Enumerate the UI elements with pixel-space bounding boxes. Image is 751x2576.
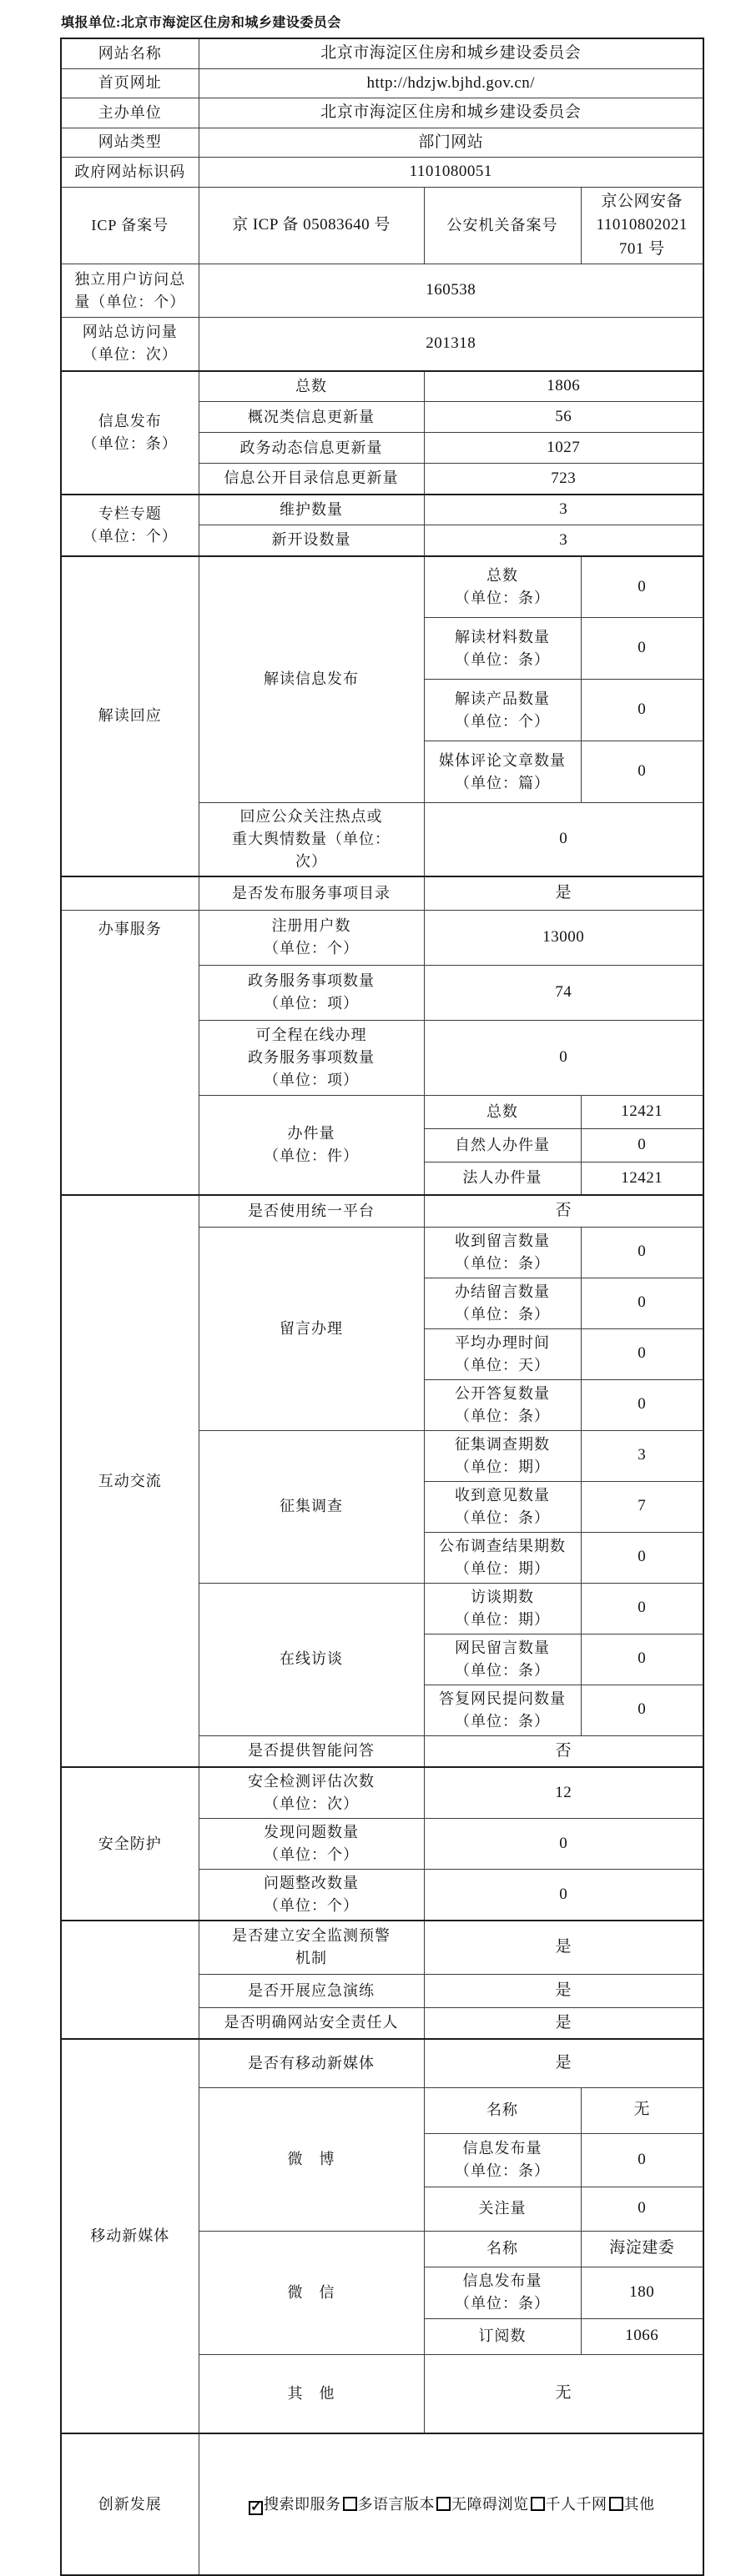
field-label-cell: 总数 [424, 1095, 581, 1128]
value-cell: 0 [581, 1634, 703, 1685]
table-row: 移动新媒体是否有移动新媒体是 [61, 2039, 703, 2087]
section-label-cell: 创新发展 [61, 2433, 199, 2575]
value-cell: 无 [424, 2354, 703, 2433]
value-cell: 3 [424, 525, 703, 556]
table-row: 独立用户访问总 量（单位：个）160538 [61, 264, 703, 318]
field-label-cell: 独立用户访问总 量（单位：个） [61, 264, 199, 318]
table-row: 创新发展✓搜索即服务多语言版本无障碍浏览千人千网其他 [61, 2433, 703, 2575]
checkbox-label: 其他 [624, 2496, 655, 2513]
checkbox-label: 搜索即服务 [264, 2496, 341, 2513]
value-cell: 0 [424, 1020, 703, 1095]
section-label-cell: 移动新媒体 [61, 2039, 199, 2433]
field-label-cell: 网站类型 [61, 128, 199, 158]
section-label-cell: 信息发布 （单位：条） [61, 371, 199, 495]
value-cell: 0 [581, 618, 703, 680]
field-label-cell: 回应公众关注热点或 重大舆情数量（单位： 次） [199, 803, 424, 877]
value-cell: 160538 [199, 264, 703, 318]
table-row: 政府网站标识码1101080051 [61, 158, 703, 188]
value-cell: 0 [581, 556, 703, 618]
table-row: 网站总访问量 （单位：次）201318 [61, 318, 703, 371]
value-cell: 13000 [424, 910, 703, 965]
field-label-cell: 媒体评论文章数量 （单位：篇） [424, 741, 581, 803]
field-label-cell: 公布调查结果期数 （单位：期） [424, 1532, 581, 1583]
value-cell: 是 [424, 876, 703, 910]
checkbox-unchecked-icon [531, 2497, 545, 2511]
value-cell: 7 [581, 1481, 703, 1532]
table-row: 主办单位北京市海淀区住房和城乡建设委员会 [61, 98, 703, 128]
value-cell: 0 [424, 1870, 703, 1921]
field-label-cell: 微 博 [199, 2087, 424, 2231]
field-label-cell: 答复网民提问数量 （单位：条） [424, 1685, 581, 1735]
value-cell: 无 [581, 2087, 703, 2133]
section-label-cell: 互动交流 [61, 1195, 199, 1767]
checkbox-checked-icon: ✓ [249, 2501, 263, 2515]
field-label-cell: 政务动态信息更新量 [199, 433, 424, 464]
field-label-cell: 注册用户数 （单位：个） [199, 910, 424, 965]
value-cell: 北京市海淀区住房和城乡建设委员会 [199, 98, 703, 128]
value-cell: 0 [581, 1128, 703, 1162]
field-label-cell: 政府网站标识码 [61, 158, 199, 188]
field-label-cell: 留言办理 [199, 1227, 424, 1430]
table-row: 是否发布服务事项目录是 [61, 876, 703, 910]
value-cell: 74 [424, 965, 703, 1020]
empty-cell [61, 876, 199, 910]
field-label-cell: 网站总访问量 （单位：次） [61, 318, 199, 371]
field-label-cell: 自然人办件量 [424, 1128, 581, 1162]
field-label-cell: 订阅数 [424, 2318, 581, 2354]
value-cell: 是 [424, 2007, 703, 2039]
value-cell: 0 [581, 1328, 703, 1379]
value-cell: 0 [581, 680, 703, 741]
field-label-cell: 解读信息发布 [199, 556, 424, 803]
field-label-cell: 微 信 [199, 2231, 424, 2354]
value-cell: 0 [581, 1278, 703, 1328]
field-label-cell: 名称 [424, 2231, 581, 2267]
field-label-cell: 是否提供智能问答 [199, 1735, 424, 1767]
value-cell: 1101080051 [199, 158, 703, 188]
table-row: 信息发布 （单位：条）总数1806 [61, 371, 703, 402]
table-row: 专栏专题 （单位：个）维护数量3 [61, 495, 703, 525]
value-cell: 是 [424, 1921, 703, 1974]
value-cell: 京 ICP 备 05083640 号 [199, 187, 424, 264]
field-label-cell: 访谈期数 （单位：期） [424, 1583, 581, 1634]
table-row: 解读回应解读信息发布总数 （单位：条）0 [61, 556, 703, 618]
value-cell: 京公网安备 11010802021 701 号 [581, 187, 703, 264]
field-label-cell: 概况类信息更新量 [199, 402, 424, 433]
value-cell: 0 [581, 1583, 703, 1634]
field-label-cell: 其 他 [199, 2354, 424, 2433]
report-table-body: 网站名称北京市海淀区住房和城乡建设委员会首页网址http://hdzjw.bjh… [61, 38, 703, 2575]
value-cell: 否 [424, 1195, 703, 1227]
value-cell: 180 [581, 2267, 703, 2318]
field-label-cell: 信息公开目录信息更新量 [199, 464, 424, 495]
field-label-cell: 可全程在线办理 政务服务事项数量 （单位：项） [199, 1020, 424, 1095]
field-label-cell: 网民留言数量 （单位：条） [424, 1634, 581, 1685]
field-label-cell: 解读产品数量 （单位：个） [424, 680, 581, 741]
field-label-cell: 发现问题数量 （单位：个） [199, 1819, 424, 1870]
field-label-cell: 收到留言数量 （单位：条） [424, 1227, 581, 1278]
value-cell: 0 [581, 2187, 703, 2231]
table-row: 网站名称北京市海淀区住房和城乡建设委员会 [61, 38, 703, 68]
checkbox-unchecked-icon [343, 2497, 357, 2511]
field-label-cell: 在线访谈 [199, 1583, 424, 1735]
field-label-cell: 信息发布量 （单位：条） [424, 2133, 581, 2187]
field-label-cell: 名称 [424, 2087, 581, 2133]
table-row: 是否建立安全监测预警 机制是 [61, 1921, 703, 1974]
field-label-cell: ICP 备案号 [61, 187, 199, 264]
value-cell: 3 [424, 495, 703, 525]
field-label-cell: 是否发布服务事项目录 [199, 876, 424, 910]
field-label-cell: 公开答复数量 （单位：条） [424, 1379, 581, 1430]
value-cell: 56 [424, 402, 703, 433]
field-label-cell: 是否有移动新媒体 [199, 2039, 424, 2087]
value-cell: 部门网站 [199, 128, 703, 158]
field-label-cell: 问题整改数量 （单位：个） [199, 1870, 424, 1921]
field-label-cell: 主办单位 [61, 98, 199, 128]
checkbox-label: 无障碍浏览 [451, 2496, 529, 2513]
value-cell: 1027 [424, 433, 703, 464]
field-label-cell: 安全检测评估次数 （单位：次） [199, 1767, 424, 1819]
field-label-cell: 收到意见数量 （单位：条） [424, 1481, 581, 1532]
checkbox-label: 千人千网 [546, 2496, 607, 2513]
value-cell: 0 [424, 1819, 703, 1870]
value-cell: 12421 [581, 1162, 703, 1195]
value-cell: 1066 [581, 2318, 703, 2354]
field-label-cell: 是否开展应急演练 [199, 1974, 424, 2007]
report-table: 网站名称北京市海淀区住房和城乡建设委员会首页网址http://hdzjw.bjh… [60, 38, 704, 2576]
table-row: 办事服务注册用户数 （单位：个）13000 [61, 910, 703, 965]
value-cell: 0 [581, 1379, 703, 1430]
checkbox-unchecked-icon [609, 2497, 623, 2511]
value-cell: 0 [581, 741, 703, 803]
page-title: 填报单位:北京市海淀区住房和城乡建设委员会 [61, 12, 751, 31]
field-label-cell: 政务服务事项数量 （单位：项） [199, 965, 424, 1020]
field-label-cell: 法人办件量 [424, 1162, 581, 1195]
table-row: 安全防护安全检测评估次数 （单位：次）12 [61, 1767, 703, 1819]
table-row: 互动交流是否使用统一平台否 [61, 1195, 703, 1227]
field-label-cell: 办结留言数量 （单位：条） [424, 1278, 581, 1328]
report-page: 填报单位:北京市海淀区住房和城乡建设委员会 网站名称北京市海淀区住房和城乡建设委… [0, 0, 751, 2576]
field-label-cell: 公安机关备案号 [424, 187, 581, 264]
innovation-options-cell: ✓搜索即服务多语言版本无障碍浏览千人千网其他 [199, 2433, 703, 2575]
value-cell: 201318 [199, 318, 703, 371]
table-row: 首页网址http://hdzjw.bjhd.gov.cn/ [61, 68, 703, 98]
value-cell: 0 [424, 803, 703, 877]
field-label-cell: 首页网址 [61, 68, 199, 98]
value-cell: http://hdzjw.bjhd.gov.cn/ [199, 68, 703, 98]
checkbox-label: 多语言版本 [358, 2496, 436, 2513]
checkbox-unchecked-icon [436, 2497, 451, 2511]
table-row: 网站类型部门网站 [61, 128, 703, 158]
value-cell: 0 [581, 1227, 703, 1278]
value-cell: 否 [424, 1735, 703, 1767]
field-label-cell: 维护数量 [199, 495, 424, 525]
value-cell: 海淀建委 [581, 2231, 703, 2267]
value-cell: 723 [424, 464, 703, 495]
value-cell: 是 [424, 1974, 703, 2007]
field-label-cell: 平均办理时间 （单位：天） [424, 1328, 581, 1379]
field-label-cell: 解读材料数量 （单位：条） [424, 618, 581, 680]
empty-cell [61, 1921, 199, 2039]
value-cell: 北京市海淀区住房和城乡建设委员会 [199, 38, 703, 68]
section-label-cell: 安全防护 [61, 1767, 199, 1921]
value-cell: 0 [581, 1532, 703, 1583]
field-label-cell: 征集调查 [199, 1430, 424, 1583]
field-label-cell: 总数 （单位：条） [424, 556, 581, 618]
field-label-cell: 是否使用统一平台 [199, 1195, 424, 1227]
field-label-cell: 新开设数量 [199, 525, 424, 556]
field-label-cell: 是否明确网站安全责任人 [199, 2007, 424, 2039]
value-cell: 3 [581, 1430, 703, 1481]
section-label-cell: 办事服务 [61, 910, 199, 1195]
field-label-cell: 总数 [199, 371, 424, 402]
value-cell: 0 [581, 2133, 703, 2187]
field-label-cell: 是否建立安全监测预警 机制 [199, 1921, 424, 1974]
value-cell: 1806 [424, 371, 703, 402]
field-label-cell: 办件量 （单位：件） [199, 1095, 424, 1195]
table-row: ICP 备案号京 ICP 备 05083640 号公安机关备案号京公网安备 11… [61, 187, 703, 264]
field-label-cell: 关注量 [424, 2187, 581, 2231]
section-label-cell: 解读回应 [61, 556, 199, 877]
value-cell: 12421 [581, 1095, 703, 1128]
section-label-cell: 专栏专题 （单位：个） [61, 495, 199, 556]
value-cell: 0 [581, 1685, 703, 1735]
field-label-cell: 网站名称 [61, 38, 199, 68]
value-cell: 12 [424, 1767, 703, 1819]
field-label-cell: 信息发布量 （单位：条） [424, 2267, 581, 2318]
value-cell: 是 [424, 2039, 703, 2087]
field-label-cell: 征集调查期数 （单位：期） [424, 1430, 581, 1481]
